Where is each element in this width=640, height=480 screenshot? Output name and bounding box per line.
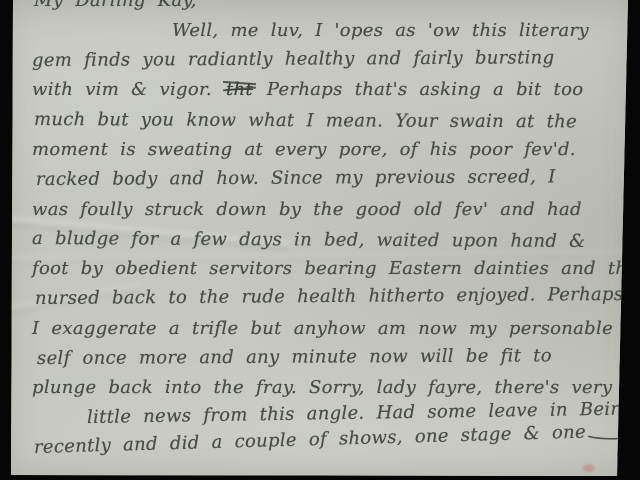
letter-paper: My Darling Kay, Well, me luv, I 'opes as… bbox=[0, 0, 640, 480]
letter-line: I exaggerate a trifle but anyhow am now … bbox=[32, 314, 626, 344]
letter-line: nursed back to the rude health hitherto … bbox=[35, 280, 626, 314]
letter-line: moment is sweating at every pore, of his… bbox=[32, 135, 626, 165]
letter-line: gem finds you radiantly healthy and fair… bbox=[32, 42, 626, 75]
pen-flourish bbox=[588, 425, 640, 444]
letter-line: much but you know what I mean. Your swai… bbox=[34, 105, 626, 137]
letter-line: a bludge for a few days in bed, waited u… bbox=[32, 224, 626, 257]
letter-line: racked body and how. Since my previous s… bbox=[36, 162, 626, 195]
letter-line: Well, me luv, I 'opes as 'ow this litera… bbox=[172, 16, 626, 46]
screenshot-root: { "photo": { "background_color": "#06060… bbox=[0, 0, 640, 480]
letter-body: My Darling Kay, Well, me luv, I 'opes as… bbox=[32, 0, 626, 463]
photo-black-frame: My Darling Kay, Well, me luv, I 'opes as… bbox=[0, 0, 640, 480]
letter-line: was foully struck down by the good old f… bbox=[32, 195, 626, 225]
salutation-line: My Darling Kay, bbox=[34, 0, 626, 16]
letter-line: with vim & vigor. tht Perhaps that's ask… bbox=[32, 75, 626, 105]
letter-line-segment: Perhaps that's asking a bit too bbox=[255, 79, 583, 100]
ink-smudge bbox=[583, 464, 595, 472]
letter-line-segment: with vim & vigor. bbox=[32, 79, 224, 100]
letter-line: foot by obedient servitors bearing Easte… bbox=[32, 254, 626, 284]
letter-line: self once more and any minute now will b… bbox=[37, 340, 626, 373]
crossed-out-word: tht bbox=[224, 75, 255, 105]
